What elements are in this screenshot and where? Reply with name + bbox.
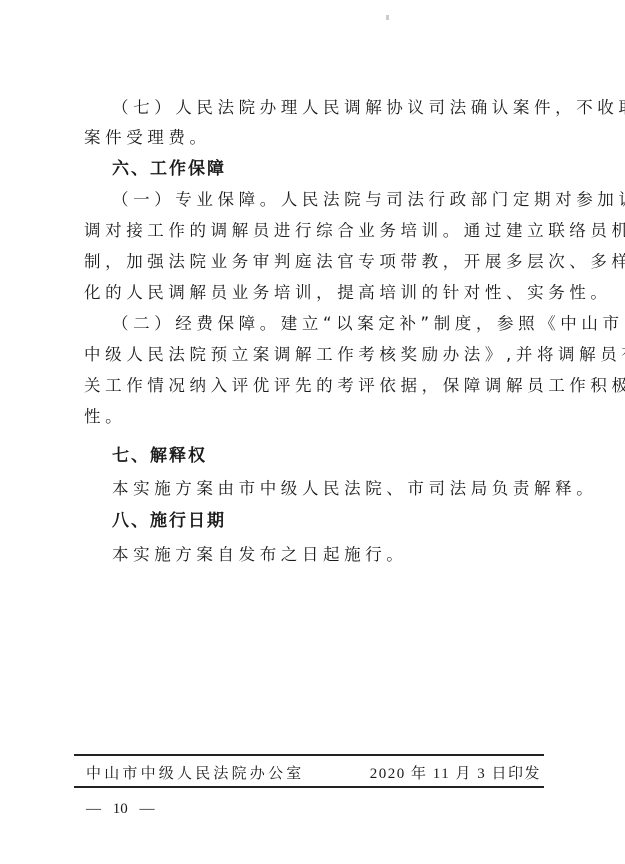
footer-top-rule bbox=[74, 754, 544, 756]
paragraph-6-1-line-3: 制，加强法院业务审判庭法官专项带教，开展多层次、多样 bbox=[84, 252, 544, 272]
paragraph-6-2-line-2: 中级人民法院预立案调解工作考核奖励办法》,并将调解员有 bbox=[84, 345, 544, 365]
paragraph-6-2-line-1: （二）经费保障。建立“以案定补”制度，参照《中山市 bbox=[112, 314, 544, 334]
footer-issue-date: 2020 年 11 月 3 日印发 bbox=[370, 762, 541, 783]
paragraph-7-line-1: （七）人民法院办理人民调解协议司法确认案件，不收取 bbox=[112, 98, 544, 118]
footer-issuer: 中山市中级人民法院办公室 bbox=[86, 762, 304, 783]
section-8-heading: 八、施行日期 bbox=[112, 511, 544, 531]
section-6-heading: 六、工作保障 bbox=[112, 159, 544, 179]
section-7-text: 本实施方案由市中级人民法院、市司法局负责解释。 bbox=[112, 479, 544, 499]
section-7-heading: 七、解释权 bbox=[112, 446, 544, 466]
paragraph-6-2-line-3: 关工作情况纳入评优评先的考评依据，保障调解员工作积极 bbox=[84, 376, 544, 396]
paragraph-6-2-line-4: 性。 bbox=[84, 407, 544, 427]
paragraph-7-line-2: 案件受理费。 bbox=[84, 128, 544, 148]
paragraph-6-1-line-2: 调对接工作的调解员进行综合业务培训。通过建立联络员机 bbox=[84, 221, 544, 241]
paragraph-6-1-line-4: 化的人民调解员业务培训，提高培训的针对性、实务性。 bbox=[84, 283, 544, 303]
section-8-text: 本实施方案自发布之日起施行。 bbox=[112, 545, 544, 565]
scan-artifact bbox=[386, 15, 389, 20]
footer-bottom-rule bbox=[74, 786, 544, 788]
page-number: — 10 — bbox=[86, 801, 155, 818]
paragraph-6-1-line-1: （一）专业保障。人民法院与司法行政部门定期对参加诉 bbox=[112, 190, 544, 210]
